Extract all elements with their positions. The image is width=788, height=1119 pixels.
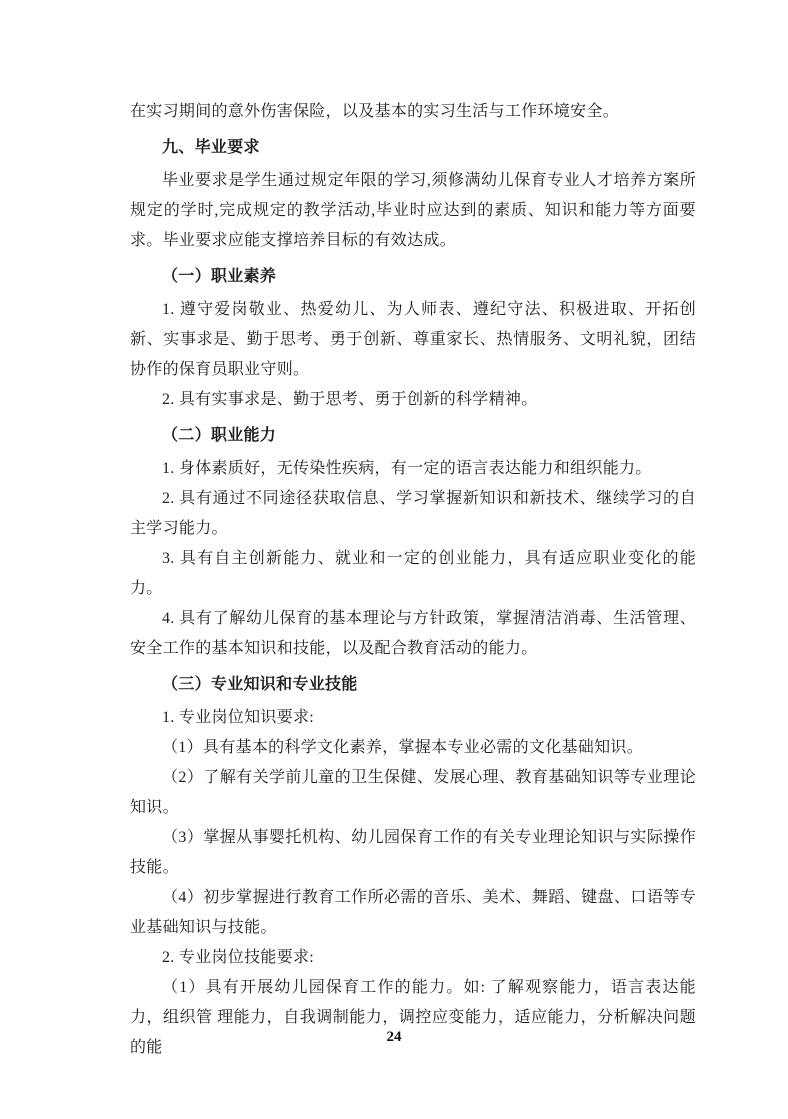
paragraph: 1. 身体素质好，无传染性疾病，有一定的语言表达能力和组织能力。 — [130, 454, 696, 484]
paragraph: 毕业要求是学生通过规定年限的学习,须修满幼儿保育专业人才培养方案所规定的学时,完… — [130, 166, 696, 256]
paragraph: （3）掌握从事婴托机构、幼儿园保育工作的有关专业理论知识与实际操作技能。 — [130, 823, 696, 883]
paragraph: 在实习期间的意外伤害保险，以及基本的实习生活与工作环境安全。 — [130, 97, 696, 127]
section-heading: （二）职业能力 — [130, 421, 696, 451]
document-page: 在实习期间的意外伤害保险，以及基本的实习生活与工作环境安全。九、毕业要求毕业要求… — [0, 0, 788, 1119]
section-heading: （一）职业素养 — [130, 262, 696, 292]
paragraph: 3. 具有自主创新能力、就业和一定的创业能力，具有适应职业变化的能力。 — [130, 544, 696, 604]
page-number: 24 — [0, 1022, 788, 1052]
paragraph: 2. 具有通过不同途径获取信息、学习掌握新知识和新技术、继续学习的自主学习能力。 — [130, 484, 696, 544]
section-heading: 九、毕业要求 — [130, 133, 696, 163]
paragraph: （4）初步掌握进行教育工作所必需的音乐、美术、舞蹈、键盘、口语等专业基础知识与技… — [130, 883, 696, 943]
section-heading: （三）专业知识和专业技能 — [130, 670, 696, 700]
paragraph: 1. 专业岗位知识要求: — [130, 703, 696, 733]
paragraph: 2. 专业岗位技能要求: — [130, 943, 696, 973]
paragraph: （2）了解有关学前儿童的卫生保健、发展心理、教育基础知识等专业理论知识。 — [130, 763, 696, 823]
document-body: 在实习期间的意外伤害保险，以及基本的实习生活与工作环境安全。九、毕业要求毕业要求… — [130, 97, 696, 1063]
paragraph: （1）具有基本的科学文化素养，掌握本专业必需的文化基础知识。 — [130, 733, 696, 763]
paragraph: 1. 遵守爱岗敬业、热爱幼儿、为人师表、遵纪守法、积极进取、开拓创新、实事求是、… — [130, 295, 696, 385]
paragraph: 2. 具有实事求是、勤于思考、勇于创新的科学精神。 — [130, 385, 696, 415]
paragraph: 4. 具有了解幼儿保育的基本理论与方针政策，掌握清洁消毒、生活管理、安全工作的基… — [130, 604, 696, 664]
